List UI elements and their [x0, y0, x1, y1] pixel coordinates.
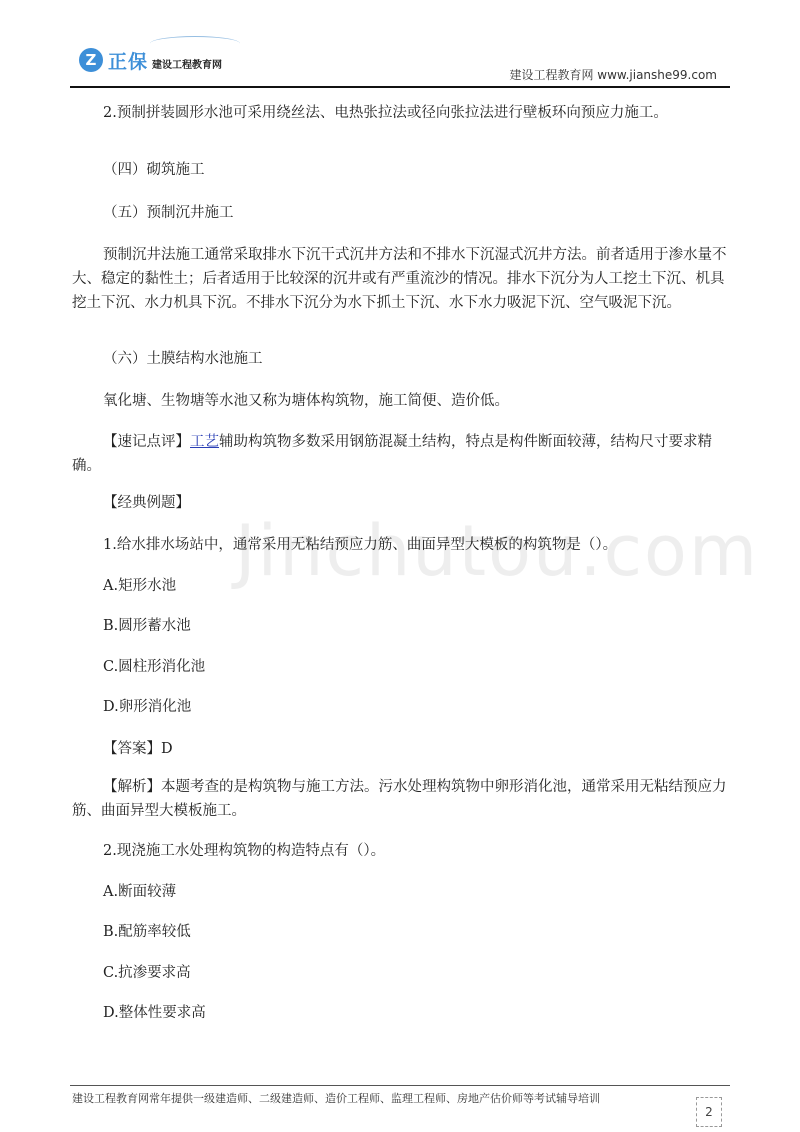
heading-caisson: （五）预制沉井施工 [103, 201, 234, 225]
prefab-tank-line: 2.预制拼装圆形水池可采用绕丝法、电热张拉法或径向张拉法进行壁板环向预应力施工。 [103, 101, 668, 125]
question-1-analysis: 【解析】本题考查的是构筑物与施工方法。污水处理构筑物中卵形消化池，通常采用无粘结… [72, 775, 728, 823]
header-site-text: 建设工程教育网 www.jianshe99.com [509, 66, 717, 83]
question-1-answer: 【答案】D [103, 737, 173, 761]
question-1-option-d: D.卵形消化池 [103, 695, 191, 719]
question-1-stem: 1.给水排水场站中，通常采用无粘结预应力筋、曲面异型大模板的构筑物是（）。 [103, 533, 617, 557]
logo-arc-decoration [150, 36, 240, 51]
heading-masonry: （四）砌筑施工 [103, 158, 205, 182]
question-2-option-a: A.断面较薄 [103, 880, 176, 904]
header-divider [70, 86, 730, 88]
logo-brand: 正保 [108, 47, 148, 74]
question-2-stem: 2.现浇施工水处理构筑物的构造特点有（）。 [103, 839, 385, 863]
question-2-option-d: D.整体性要求高 [103, 1001, 206, 1025]
heading-membrane: （六）土膜结构水池施工 [103, 347, 263, 371]
review-label: 【速记点评】 [103, 434, 190, 450]
footer-divider [70, 1085, 730, 1086]
question-1-option-c: C.圆柱形消化池 [103, 655, 205, 679]
logo-subtitle: 建设工程教育网 [152, 56, 222, 71]
examples-heading: 【经典例题】 [103, 491, 190, 515]
page-header: Z 正保 建设工程教育网 建设工程教育网 www.jianshe99.com [0, 0, 800, 90]
question-1-option-a: A.矩形水池 [103, 574, 176, 598]
craft-link[interactable]: 工艺 [190, 434, 219, 450]
paragraph-caisson: 预制沉井法施工通常采取排水下沉干式沉井方法和不排水下沉湿式沉井方法。前者适用于渗… [72, 243, 728, 315]
question-1-option-b: B.圆形蓄水池 [103, 614, 191, 638]
footer-text: 建设工程教育网常年提供一级建造师、二级建造师、造价工程师、监理工程师、房地产估价… [72, 1090, 600, 1106]
question-2-option-b: B.配筋率较低 [103, 920, 191, 944]
page-number: 2 [696, 1097, 722, 1127]
question-2-option-c: C.抗渗要求高 [103, 961, 191, 985]
review-paragraph: 【速记点评】工艺辅助构筑物多数采用钢筋混凝土结构，特点是构件断面较薄，结构尺寸要… [72, 430, 728, 478]
paragraph-membrane: 氧化塘、生物塘等水池又称为塘体构筑物，施工简便、造价低。 [103, 389, 509, 413]
logo-icon: Z [79, 48, 103, 72]
